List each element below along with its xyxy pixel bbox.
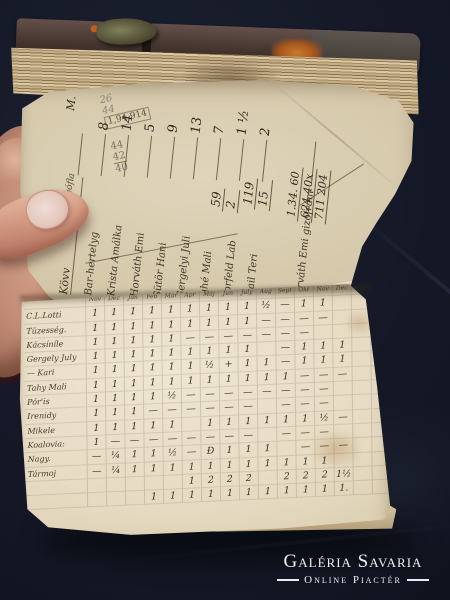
tally-cell: — (239, 400, 258, 415)
tally-cell: 1 (220, 444, 239, 459)
tally-cell (352, 337, 371, 352)
tally-cell (334, 424, 353, 439)
tally-cell: 1 (144, 390, 163, 405)
tally-cell: 1 (202, 459, 221, 474)
tally-cell: ¼ (107, 449, 126, 464)
tally-cell: 1 (105, 320, 124, 335)
tally-cell: 1 (106, 349, 125, 364)
tally-cell: — (315, 425, 334, 440)
tally-cell: 1 (297, 483, 316, 498)
tally-cell: 1 (295, 354, 314, 369)
tally-cell (334, 381, 353, 396)
tally-cell: 2 (240, 471, 259, 486)
tally-cell: 1 (278, 484, 297, 499)
tally-cell: — (276, 298, 295, 313)
tally-cell: 1 (144, 376, 163, 391)
tally-cell (333, 310, 352, 325)
watermark-subtitle-row: Online Piactér (264, 574, 442, 586)
tally-cell (371, 294, 390, 309)
tally-cell: 1 (163, 375, 182, 390)
tally-cell (258, 428, 277, 443)
tally-cell: — (277, 398, 296, 413)
tally-cell: 1 (259, 456, 278, 471)
tally-cell (352, 323, 371, 338)
tally-cell: 1 (86, 335, 105, 350)
tally-cell: 1 (86, 307, 105, 322)
tally-cell: 1 (163, 360, 182, 375)
tally-cell: 1 (201, 416, 220, 431)
tally-cell (353, 366, 372, 381)
tally-cell: ½ (164, 446, 183, 461)
tally-cell: 1 (333, 353, 352, 368)
tally-cell: 1 (125, 405, 144, 420)
tally-cell: 2 (202, 473, 221, 488)
tally-cell: 1 (316, 482, 335, 497)
tally-cell: 1 (221, 487, 240, 502)
tally-cell: 1 (164, 489, 183, 504)
tally-cell: 1 (162, 303, 181, 318)
tally-cell (353, 423, 372, 438)
tally-cell: 1 (164, 461, 183, 476)
tally-cell: 1 (106, 406, 125, 421)
tally-cell: ½ (163, 389, 182, 404)
tally-cell: — (201, 430, 220, 445)
tally-cell: — (334, 438, 353, 453)
tally-cell: — (276, 341, 295, 356)
tally-cell: 1 (124, 334, 143, 349)
tally-cell: — (88, 464, 107, 479)
tally-cell: 1 (277, 370, 296, 385)
tally-cell: — (88, 450, 107, 465)
tally-cell (353, 380, 372, 395)
tally-cell: 1 (258, 413, 277, 428)
tally-cell (334, 396, 353, 411)
watermark-dash (407, 579, 429, 581)
tally-cell: — (334, 410, 353, 425)
tally-cell: 1 (125, 362, 144, 377)
tally-cell: 1 (162, 317, 181, 332)
tally-cell: 1 (87, 421, 106, 436)
tally-cell (353, 438, 372, 453)
tally-cell: 1 (183, 474, 202, 489)
tally-cell: 1 (220, 372, 239, 387)
tally-cell: — (182, 402, 201, 417)
tally-cell: — (163, 403, 182, 418)
tally-cell: — (144, 433, 163, 448)
tally-cell: — (163, 432, 182, 447)
handwritten-value: 15 (255, 179, 273, 211)
tally-cell: — (182, 431, 201, 446)
tally-cell: — (296, 426, 315, 441)
tally-cell: 1 (126, 448, 145, 463)
tally-cell: 1 (125, 391, 144, 406)
tally-cell: — (295, 326, 314, 341)
watermark-subtitle: Online Piactér (304, 574, 402, 586)
tally-cell: 1 (106, 392, 125, 407)
tally-cell: 1 (297, 455, 316, 470)
tally-cell (182, 417, 201, 432)
tally-cell (88, 478, 107, 493)
tally-cell: 1 (314, 339, 333, 354)
row-name (26, 493, 88, 510)
tally-cell: 1 (162, 332, 181, 347)
tally-cell: 1 (259, 485, 278, 500)
tally-cell: 1 (219, 301, 238, 316)
watermark: Galéria Savaria Online Piactér (264, 551, 442, 586)
tally-cell: 1 (258, 370, 277, 385)
tally-cell: ¼ (107, 463, 126, 478)
tally-cell: — (200, 330, 219, 345)
tally-cell: — (315, 382, 334, 397)
tally-cell: — (277, 427, 296, 442)
tally-cell: — (220, 401, 239, 416)
tally-cell: ½ (257, 299, 276, 314)
tally-cell (371, 308, 390, 323)
tally-cell: 1 (219, 315, 238, 330)
tally-cell: 1 (202, 487, 221, 502)
tally-cell: 1 (183, 460, 202, 475)
tally-cell: 1 (181, 302, 200, 317)
tally-cell: 1 (87, 435, 106, 450)
tally-cell: 1 (258, 356, 277, 371)
tally-cell: — (201, 402, 220, 417)
tally-cell (258, 399, 277, 414)
tally-cell: — (276, 312, 295, 327)
tally-cell: — (258, 385, 277, 400)
tally-cell: 1 (106, 420, 125, 435)
tally-cell: — (276, 355, 295, 370)
tally-cell: 1 (183, 488, 202, 503)
tally-cell: 1 (105, 334, 124, 349)
tally-cell: 1 (162, 346, 181, 361)
tally-cell: 1 (295, 340, 314, 355)
tally-cell: 1 (86, 321, 105, 336)
tally-cell (372, 380, 391, 395)
tally-cell: 1 (219, 344, 238, 359)
tally-cell: 1 (200, 301, 219, 316)
tally-cell (88, 493, 107, 508)
tally-cell: 2 (278, 470, 297, 485)
tally-cell (372, 365, 391, 380)
tally-cell (353, 409, 372, 424)
tally-cell (352, 295, 371, 310)
tally-cell: — (220, 429, 239, 444)
tally-cell: — (238, 328, 257, 343)
entry-dash-line (146, 136, 152, 178)
tally-cell (334, 453, 353, 468)
watermark-title: Galéria Savaria (264, 551, 442, 573)
tally-cell: — (296, 383, 315, 398)
tally-cell: 1 (314, 354, 333, 369)
tally-cell: — (125, 434, 144, 449)
entry-value: 2 (258, 90, 278, 136)
tally-cell (352, 309, 371, 324)
tally-cell: — (181, 331, 200, 346)
totals-block-c: 1.34. 60624 40x711 204 (284, 167, 331, 225)
tally-cell: — (219, 329, 238, 344)
tally-cell (259, 471, 278, 486)
tally-cell: 1 (124, 348, 143, 363)
ledger-table: NovDecJanFebMárAprMájJunJulyAugSeptOktNo… (24, 279, 392, 510)
tally-cell: — (295, 311, 314, 326)
tally-cell: 1 (200, 344, 219, 359)
tally-cell: 1 (314, 296, 333, 311)
watermark-dash (277, 579, 299, 581)
tally-cell: — (296, 440, 315, 455)
tally-cell: 1 (87, 392, 106, 407)
tally-cell: — (315, 439, 334, 454)
photo-stage: ik fola za gófla M. 2644 1,94,914 4442 4… (0, 0, 450, 600)
tally-cell (333, 324, 352, 339)
tally-cell: 1 (277, 412, 296, 427)
entry-dash-line (238, 139, 244, 181)
tally-cell: — (314, 311, 333, 326)
tally-cell: — (201, 387, 220, 402)
tally-cell: 1 (333, 338, 352, 353)
tally-cell (333, 295, 352, 310)
entry-dash-line (215, 138, 221, 180)
tally-cell: + (220, 358, 239, 373)
tally-cell: 1 (240, 486, 259, 501)
tally-cell: 1 (239, 414, 258, 429)
tally-cell: 1 (238, 343, 257, 358)
tally-cell: 2 (221, 472, 240, 487)
tally-cell: 2 (316, 468, 335, 483)
tally-cell (107, 477, 126, 492)
tally-cell: 1 (106, 377, 125, 392)
tally-cell: 1 (182, 360, 201, 375)
tally-cell (371, 337, 390, 352)
tally-cell (277, 441, 296, 456)
tally-cell: Đ (201, 445, 220, 460)
tally-cell: 1 (124, 319, 143, 334)
tally-cell: 1 (238, 300, 257, 315)
tally-cell: 1 (220, 415, 239, 430)
tally-cell: 1 (278, 455, 297, 470)
tally-cell: — (315, 396, 334, 411)
tally-cell: 1 (296, 412, 315, 427)
tally-cell (354, 466, 373, 481)
entry-dash-line (77, 133, 83, 175)
tally-cell: 1 (163, 418, 182, 433)
tally-cell: 1 (200, 316, 219, 331)
entry-dash-line (192, 137, 198, 179)
tally-cell: — (296, 369, 315, 384)
tally-cell: — (334, 367, 353, 382)
tally-cell (145, 476, 164, 491)
tally-cell: — (296, 397, 315, 412)
tally-cell (353, 395, 372, 410)
entry-dash-line (261, 140, 267, 182)
entry-dash-line (123, 135, 129, 177)
handwritten-value: 2 (223, 188, 240, 213)
tally-cell: 1 (239, 371, 258, 386)
entry-dash-line (100, 134, 106, 176)
tally-cell: 1 (143, 333, 162, 348)
tally-cell: 1½ (335, 467, 354, 482)
tally-cell: 1 (87, 378, 106, 393)
tally-cell (164, 475, 183, 490)
tally-cell: ½ (315, 411, 334, 426)
tally-cell: 1 (87, 407, 106, 422)
tally-cell (352, 352, 371, 367)
tally-cell (257, 342, 276, 357)
tally-cell: 1 (143, 318, 162, 333)
tally-cell: 1. (335, 481, 354, 496)
tally-cell: 1 (238, 314, 257, 329)
tally-cell: 2 (297, 469, 316, 484)
tally-cell: ½ (201, 359, 220, 374)
tally-cell (126, 477, 145, 492)
month-header (371, 279, 390, 294)
tally-cell: 1 (295, 297, 314, 312)
totals-block-b: 11915 (240, 177, 273, 211)
tally-cell: 1 (143, 347, 162, 362)
tally-cell: 1 (239, 443, 258, 458)
tally-cell: 1 (181, 345, 200, 360)
tally-cell: 1 (145, 461, 164, 476)
tally-cell: — (182, 445, 201, 460)
totals-block-a: 592 (208, 187, 240, 213)
tally-cell (314, 325, 333, 340)
tally-cell: 1 (125, 419, 144, 434)
tally-cell: 1 (144, 361, 163, 376)
tally-cell (353, 452, 372, 467)
tally-cell: 1 (145, 447, 164, 462)
top-entries: KövvBar-hertelyg8Krista Amálka14Horváth … (48, 83, 327, 303)
tally-cell: — (257, 327, 276, 342)
tally-cell: 1 (144, 418, 163, 433)
tally-cell (107, 492, 126, 507)
tally-cell: 1 (87, 350, 106, 365)
tally-cell: 1 (239, 357, 258, 372)
tally-cell: 1 (258, 442, 277, 457)
tally-cell: — (182, 388, 201, 403)
tally-cell: 1 (221, 458, 240, 473)
tally-cell: 1 (201, 373, 220, 388)
tally-cell: — (239, 428, 258, 443)
tally-cell (354, 481, 373, 496)
tally-cell: 1 (315, 454, 334, 469)
tally-cell: — (315, 368, 334, 383)
bottom-page: 49 1848 NovDecJanFebMárAprMájJunJulyAugS… (18, 284, 394, 540)
tally-cell: 1 (105, 306, 124, 321)
tally-cell: 1 (126, 462, 145, 477)
tally-cell: — (257, 313, 276, 328)
tally-cell: — (276, 327, 295, 342)
entry-dash-line (169, 137, 175, 179)
tally-cell (371, 351, 390, 366)
tally-cell (371, 322, 390, 337)
tally-cell: 1 (181, 317, 200, 332)
tally-cell: 1 (143, 304, 162, 319)
entry-value (322, 92, 327, 138)
tally-cell (126, 491, 145, 506)
tally-cell: 1 (124, 305, 143, 320)
tally-cell: — (277, 384, 296, 399)
tally-cell: 1 (106, 363, 125, 378)
tally-cell: 1 (87, 364, 106, 379)
tally-cell: 1 (240, 457, 259, 472)
tally-cell: — (220, 386, 239, 401)
tally-cell: — (106, 435, 125, 450)
tally-cell: 1 (145, 490, 164, 505)
tally-cell: — (239, 386, 258, 401)
tally-cell: — (144, 404, 163, 419)
tally-cell: 1 (182, 374, 201, 389)
tally-cell: 1 (125, 376, 144, 391)
